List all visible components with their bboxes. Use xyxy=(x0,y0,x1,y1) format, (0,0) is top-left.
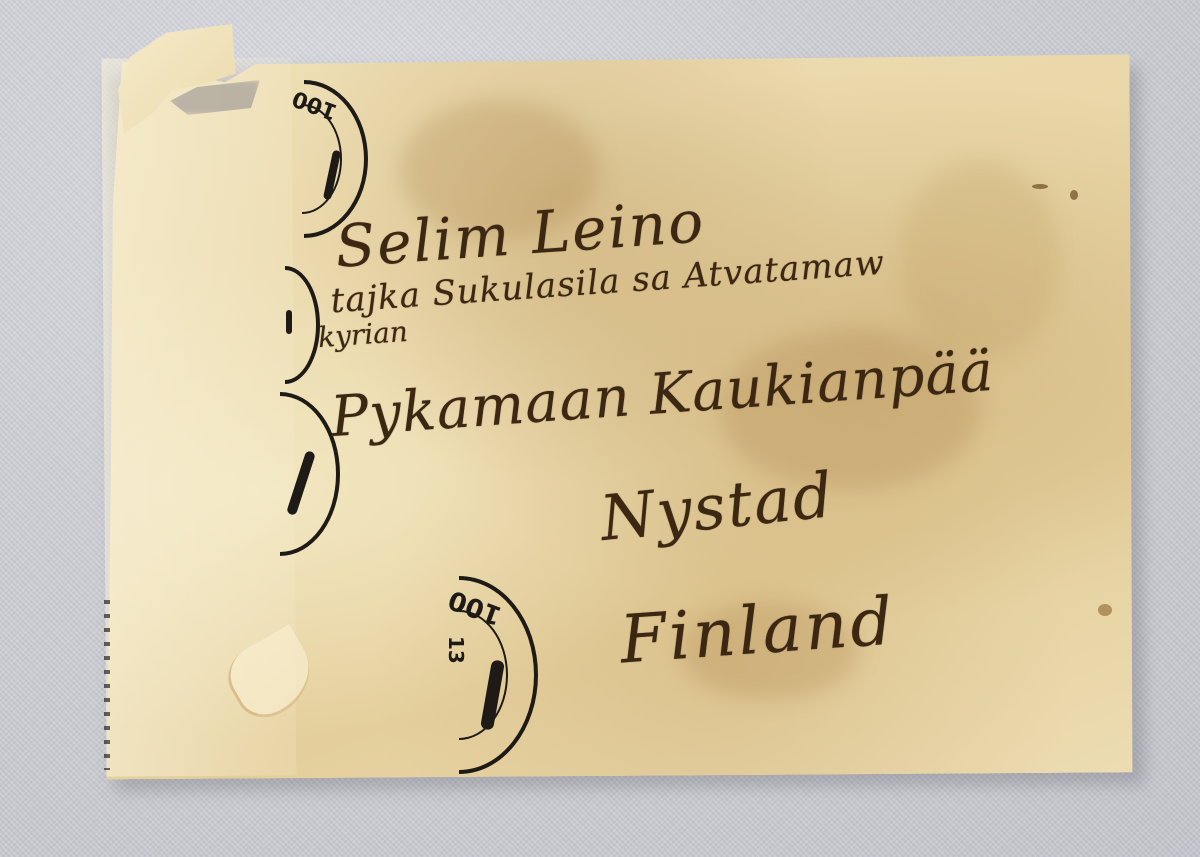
address-line-3: kyrian xyxy=(317,315,409,354)
ink-spot xyxy=(1070,190,1078,200)
ink-spot xyxy=(1098,604,1112,616)
postmark-date: 13 xyxy=(444,636,468,664)
ink-spot xyxy=(1032,184,1048,189)
stain xyxy=(900,160,1060,360)
perforation-marks xyxy=(104,600,110,770)
